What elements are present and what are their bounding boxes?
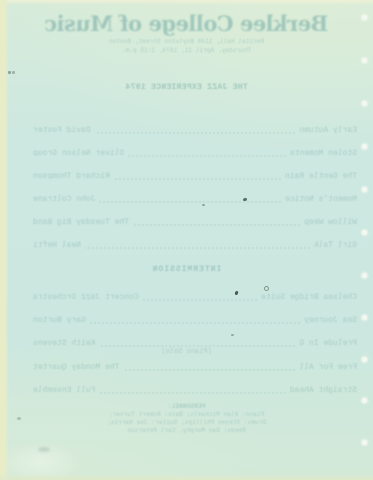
dotted-leader: [123, 368, 295, 371]
smudge-mark: [38, 447, 50, 452]
dotted-leader: [128, 154, 286, 157]
ink-speck-ring: [264, 286, 269, 291]
ink-speck: [17, 417, 21, 420]
concert-title-bleed: THE JAZZ EXPERIENCE 1974: [0, 83, 373, 92]
performer-name: Full Ensemble: [33, 386, 95, 395]
ink-speck: [231, 334, 234, 336]
dotted-leader: [114, 177, 281, 180]
performer-name: The Monday Quartet: [33, 363, 119, 372]
program-line: Girl Talk Neal Hefti: [33, 241, 357, 250]
performer-name: Oliver Nelson Group: [33, 149, 124, 158]
program-line: Sea Journey Gary Burton: [33, 316, 357, 325]
song-title: Willow Weep: [304, 218, 357, 227]
song-title: Stolen Moments: [290, 149, 357, 158]
song-title: Moment's Notice: [285, 195, 357, 204]
program-line: Willow Weep The Tuesday Big Band: [33, 218, 357, 227]
ink-speck: [202, 204, 205, 206]
dotted-leader: [95, 131, 296, 134]
song-title: Prelude In G: [299, 339, 357, 348]
ink-speck: [8, 71, 11, 74]
program-line: Stolen Moments Oliver Nelson Group: [33, 149, 357, 158]
song-title: Girl Talk: [314, 241, 357, 250]
dotted-leader: [99, 200, 281, 203]
scanned-page: Berklee College of Music Recital Hall, 1…: [0, 0, 373, 480]
personnel-line: Reeds: Dan Murphy, Carl Peterson: [0, 427, 373, 435]
performer-name: Keith Stevens: [33, 339, 95, 348]
program-line: Prelude In G Keith Stevens: [33, 339, 357, 348]
performer-name: The Tuesday Big Band: [33, 218, 129, 227]
address-line-bleed: Recital Hall, 1140 Boylston Street, Bost…: [0, 38, 373, 46]
piano-solo-note-bleed: (Piano Solo): [0, 348, 373, 356]
song-title: Free For All: [299, 363, 357, 372]
song-title: The Gentle Rain: [285, 172, 357, 181]
bleed-through-layer: Berklee College of Music Recital Hall, 1…: [0, 0, 373, 480]
personnel-line: Drums: Steven Phillips; Guitar: Joe Harr…: [0, 419, 373, 427]
dotted-leader: [99, 344, 295, 347]
dotted-leader: [85, 246, 310, 249]
song-title: Sea Journey: [304, 316, 357, 325]
program-line: Moment's Notice John Coltrane: [33, 195, 357, 204]
program-line: The Gentle Rain Richard Thompson: [33, 172, 357, 181]
performer-name: David Foster: [33, 126, 91, 135]
song-title: Straight Ahead: [290, 386, 357, 395]
song-title: Chelsea Bridge Suite: [261, 293, 357, 302]
dotted-leader: [133, 223, 300, 226]
performer-name: Gary Burton: [33, 316, 86, 325]
performer-name: Concert Jazz Orchestra: [33, 293, 139, 302]
program-line: Early Autumn David Foster: [33, 126, 357, 135]
masthead-bleed: Berklee College of Music: [0, 11, 373, 36]
date-line-bleed: Thursday, April 11, 1974, 2:15 p.m.: [0, 47, 373, 55]
personnel-heading-bleed: PERSONNEL:: [0, 403, 373, 411]
program-line: Chelsea Bridge Suite Concert Jazz Orches…: [33, 293, 357, 302]
dotted-leader: [99, 391, 285, 394]
dotted-leader: [143, 298, 257, 301]
performer-name: Neal Hefti: [33, 241, 81, 250]
personnel-line: Piano: Alan Michaels; Bass: Robert Turne…: [0, 411, 373, 419]
song-title: Early Autumn: [299, 126, 357, 135]
performer-name: John Coltrane: [33, 195, 95, 204]
program-line: Straight Ahead Full Ensemble: [33, 386, 357, 395]
performer-name: Richard Thompson: [33, 172, 110, 181]
intermission-heading-bleed: INTERMISSION: [0, 265, 373, 274]
program-line: Free For All The Monday Quartet: [33, 363, 357, 372]
dotted-leader: [90, 321, 300, 324]
